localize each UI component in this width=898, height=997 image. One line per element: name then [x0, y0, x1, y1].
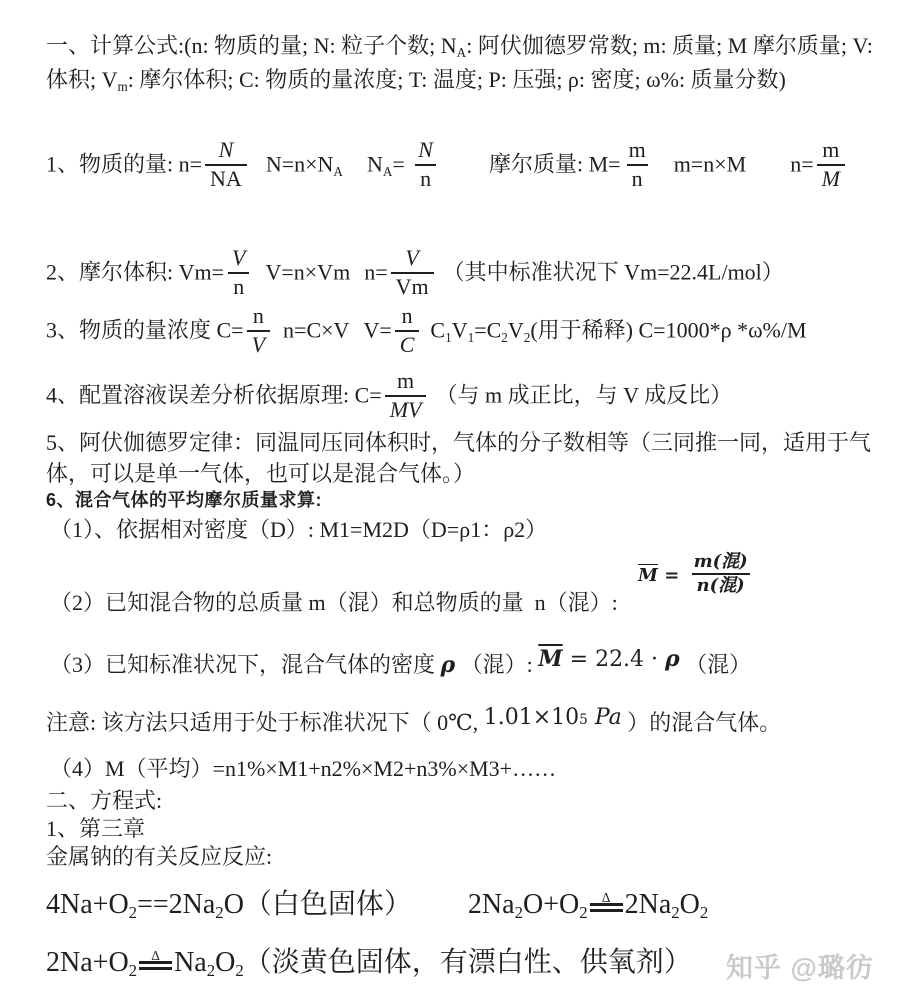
section-2-heading: 二、方程式:	[46, 786, 162, 816]
item6-3-density: （3）已知标准状况下，混合气体的密度 ρ （混）: M = 22.4 · ρ （…	[50, 650, 751, 681]
text-run: （淡黄色固体，有漂白性、供氧剂）	[244, 947, 692, 978]
superscript: 5	[579, 711, 588, 729]
fraction: VVm	[391, 246, 434, 299]
text-run: 一、计算公式:(n: 物质的量; N: 粒子个数; N	[46, 33, 457, 58]
watermark: 知乎 @璐彷	[726, 946, 874, 985]
subscript: 2	[671, 903, 679, 922]
subscript: 2	[579, 903, 587, 922]
text-run: 4Na+O	[46, 889, 129, 920]
text-run: ==2Na	[137, 889, 215, 920]
text-run: （4）M（平均）=n1%×M1+n2%×M2+n3%×M3+……	[50, 756, 556, 781]
text-run: V=n×Vm	[265, 260, 350, 285]
text-run: : 摩尔体积; C: 物质的量浓度; T: 温度; P: 压强; ρ: 密度; …	[128, 67, 786, 92]
spacer	[350, 279, 364, 280]
item6-heading: 6、混合气体的平均摩尔质量求算:	[46, 488, 322, 512]
text-run: Na	[174, 947, 207, 978]
subscript: A	[383, 164, 393, 179]
subscript: 1	[445, 330, 452, 345]
fraction: NNA	[205, 138, 247, 191]
text-run: m=n×M	[674, 152, 747, 177]
fraction-numerator: n	[397, 304, 418, 330]
fraction-numerator: n	[248, 304, 269, 330]
text-run: O+O	[523, 889, 579, 920]
text-run: 5、阿伏伽德罗定律：同温同压同体积时，气体的分子数相等（三同推一同，适用于气体，…	[46, 430, 871, 486]
text-run: 1、物质的量: n=	[46, 152, 202, 177]
text-run: 3、物质的量浓度 C=	[46, 318, 244, 343]
item6-2-formula: M = m(混)n(混)	[638, 554, 756, 598]
text-run: n=C×V	[283, 318, 349, 343]
fraction: m(混)n(混)	[689, 552, 753, 596]
text-run: O	[215, 947, 235, 978]
mean-molar-mass-symbol: M	[538, 645, 562, 675]
text-run: V=	[363, 318, 391, 343]
fraction-numerator: m(混)	[689, 552, 753, 573]
text-run: 金属钠的有关反应反应:	[46, 844, 272, 869]
fraction-denominator: n(混)	[692, 573, 750, 596]
text-run: 1.01×10	[484, 703, 579, 733]
spacer	[654, 171, 674, 172]
delta-equals-sign: Δ	[139, 958, 172, 971]
equation-sodium-oxide: 4Na+O2==2Na2O（白色固体）2Na2O+O2Δ2Na2O2	[46, 886, 708, 924]
text-run: （1）、依据相对密度（D）: M1=M2D（D=ρ1：ρ2）	[50, 517, 547, 542]
subscript: A	[333, 164, 343, 179]
text-run: 摩尔质量: M=	[489, 152, 621, 177]
spacer	[412, 912, 468, 913]
subscript: A	[457, 45, 467, 60]
text-run: 二、方程式:	[46, 788, 162, 813]
text-run: V	[508, 318, 524, 343]
fraction-numerator: V	[227, 246, 250, 272]
chapter-3-heading: 1、第三章	[46, 814, 145, 844]
text-run: 2Na	[468, 889, 515, 920]
text-run: 1、第三章	[46, 816, 145, 841]
fraction-numerator: m	[624, 138, 651, 164]
equation-sodium-peroxide: 2Na+O2ΔNa2O2（淡黄色固体，有漂白性、供氧剂）	[46, 944, 692, 982]
fraction: Nn	[413, 138, 438, 191]
text-run: 2Na+O	[46, 947, 129, 978]
spacer	[253, 279, 265, 280]
item6-2-text: （2）已知混合物的总质量 m（混）和总物质的量 n（混）:	[50, 588, 618, 618]
subscript: 2	[524, 330, 531, 345]
text-run: N	[367, 152, 383, 177]
note-paragraph: 注意: 该方法只适用于处于标准状况下（ 0℃, 1.01×105 Pa ）的混合…	[46, 708, 781, 739]
fraction-denominator: n	[627, 164, 648, 192]
subscript: 2	[215, 903, 223, 922]
text-run: = 22.4 ·	[563, 645, 665, 675]
text-run: n=	[790, 152, 813, 177]
spacer	[441, 171, 489, 172]
subscript: m	[118, 79, 128, 94]
mean-molar-mass-symbol: M	[638, 565, 658, 586]
text-run: （2）已知混合物的总质量 m（混）和总物质的量 n（混）:	[50, 590, 618, 615]
text-run: =C	[474, 318, 501, 343]
italic-symbol: ρ	[441, 652, 456, 678]
fraction-numerator: N	[413, 138, 438, 164]
text-run: 2Na	[625, 889, 672, 920]
spacer	[250, 171, 266, 172]
text-run: (用于稀释) C=1000*ρ *ω%/M	[530, 318, 806, 343]
watermark-text: 知乎 @璐彷	[726, 953, 874, 983]
text-run: N=n×N	[266, 152, 334, 177]
text-run: ）的混合气体。	[622, 710, 782, 735]
italic-symbol: ρ	[665, 645, 680, 675]
fraction-numerator: m	[392, 369, 419, 395]
text-run: 6、混合气体的平均摩尔质量求算:	[46, 490, 322, 510]
fraction-numerator: N	[214, 138, 239, 164]
formula-solution-error-analysis: 4、配置溶液误差分析依据原理: C=mMV（与 m 成正比，与 V 成反比）	[46, 371, 732, 424]
item6-4-average: （4）M（平均）=n1%×M1+n2%×M2+n3%×M3+……	[50, 754, 556, 784]
fraction: mn	[624, 138, 651, 191]
fraction-denominator: NA	[205, 164, 247, 192]
fraction-denominator: Vm	[391, 272, 434, 300]
avogadro-law-paragraph: 5、阿伏伽德罗定律：同温同压同体积时，气体的分子数相等（三同推一同，适用于气体，…	[46, 427, 886, 489]
fraction-denominator: n	[228, 272, 249, 300]
spacer	[746, 171, 790, 172]
fraction-numerator: m	[817, 138, 844, 164]
text-run: =	[658, 565, 686, 586]
item6-1-relative-density: （1）、依据相对密度（D）: M1=M2D（D=ρ1：ρ2）	[50, 515, 547, 545]
fraction: nC	[395, 304, 420, 357]
fraction-denominator: V	[247, 330, 270, 358]
fraction: Vn	[227, 246, 250, 299]
subscript: 2	[515, 903, 523, 922]
subscript: 2	[207, 961, 215, 980]
text-run: O（白色固体）	[224, 889, 412, 920]
text-run: （混）	[680, 652, 752, 677]
spacer	[343, 171, 367, 172]
fraction-denominator: MV	[385, 395, 427, 423]
delta-heat-icon: Δ	[151, 949, 160, 962]
fraction: mMV	[385, 369, 427, 422]
text-run: =	[392, 152, 410, 177]
fraction-denominator: M	[817, 164, 845, 192]
italic-symbol: Pa	[588, 703, 622, 733]
spacer	[349, 337, 363, 338]
subscript: 2	[129, 961, 137, 980]
text-run: C	[430, 318, 445, 343]
subscript: 1	[468, 330, 475, 345]
formula-molar-concentration: 3、物质的量浓度 C=nVn=C×VV=nCC1V1=C2V2(用于稀释) C=…	[46, 306, 807, 359]
subscript: 2	[700, 903, 708, 922]
spacer	[273, 337, 283, 338]
formula-molar-volume: 2、摩尔体积: Vm=VnV=n×Vmn=VVm（其中标准状况下 Vm=22.4…	[46, 248, 784, 301]
fraction-denominator: C	[395, 330, 420, 358]
text-run: n=	[364, 260, 387, 285]
text-run: 4、配置溶液误差分析依据原理: C=	[46, 383, 382, 408]
text-run: 注意: 该方法只适用于处于标准状况下（ 0℃,	[46, 710, 484, 735]
delta-equals-sign: Δ	[590, 900, 623, 913]
subscript: 2	[235, 961, 243, 980]
sodium-reactions-heading: 金属钠的有关反应反应:	[46, 842, 272, 872]
subscript: 2	[129, 903, 137, 922]
delta-heat-icon: Δ	[602, 891, 611, 904]
text-run: （混）:	[455, 652, 538, 677]
formula-amount-of-substance: 1、物质的量: n=NNAN=n×NANA= Nn摩尔质量: M=mnm=n×M…	[46, 140, 848, 193]
text-run: （3）已知标准状况下，混合气体的密度	[50, 652, 441, 677]
fraction-numerator: V	[400, 246, 423, 272]
text-run: O	[680, 889, 700, 920]
document-page: 一、计算公式:(n: 物质的量; N: 粒子个数; NA: 阿伏伽德罗常数; m…	[0, 0, 898, 997]
text-run: （其中标准状况下 Vm=22.4L/mol）	[443, 260, 784, 285]
text-run: （与 m 成正比，与 V 成反比）	[435, 383, 732, 408]
text-run: 2、摩尔体积: Vm=	[46, 260, 224, 285]
fraction-denominator: n	[415, 164, 436, 192]
text-run: V	[452, 318, 468, 343]
fraction: mM	[817, 138, 845, 191]
subscript: 2	[501, 330, 508, 345]
intro-paragraph: 一、计算公式:(n: 物质的量; N: 粒子个数; NA: 阿伏伽德罗常数; m…	[46, 30, 878, 98]
fraction: nV	[247, 304, 270, 357]
